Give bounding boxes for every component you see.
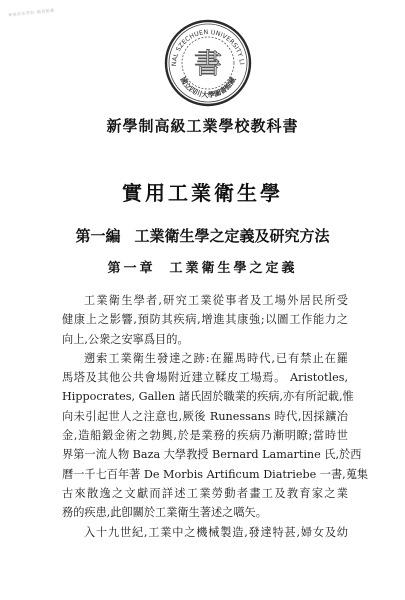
paragraph-2-line-1: 遡索工業衛生發達之跡:在羅馬時代,已有禁止在羅 <box>62 349 348 368</box>
paragraph-2-line-2: 馬塔及其他公共會場附近建立鞣皮工場焉。 Aristotles, <box>62 368 348 387</box>
book-title: 實用工業衛生學 <box>0 177 405 206</box>
paragraph-1-line-1: 工業衛生學者,研究工業從事者及工場外居民所受 <box>62 291 348 310</box>
paragraph-2-line-7: 曆一千七百年著 De Morbis Artificum Diatriebe 一書… <box>62 465 348 484</box>
paragraph-3-line-1: 入十九世紀,工業中之機械製造,發達特甚,婦女及幼 <box>62 523 348 542</box>
seal-icon: NATIONAL SZECHUEN UNIVERSITY LIBRARY 國立四… <box>160 18 256 108</box>
part-title-text: 工業衛生學之定義及研究方法 <box>135 227 330 245</box>
paragraph-2-line-9: 務的疾患,此卽關於工業衛生著述之嚆矢。 <box>62 503 348 522</box>
paragraph-2-line-6: 界第一流人物 Baza 大學教授 Bernard Lamartine 氏,於西 <box>62 445 348 464</box>
chapter-title-text: 工業衛生學之定義 <box>170 261 298 276</box>
paragraph-2-line-3: Hippocrates, Gallen 諸氏固於職業的疾病,亦有所記載,惟 <box>62 387 348 406</box>
body-text: 工業衛生學者,研究工業從事者及工場外居民所受 健康上之影響,預防其疾病,增進其康… <box>62 291 348 542</box>
chapter-heading: 第一章工業衛生學之定義 <box>0 257 405 276</box>
paragraph-2-line-5: 金,造船鍛金術之勃興,於是業務的疾病乃漸明瞭;當時世 <box>62 426 348 445</box>
svg-text:書: 書 <box>194 47 222 80</box>
library-watermark: 華東政法學院 圖書館藏 <box>8 8 55 19</box>
paragraph-2-line-4: 向未引起世人之注意也,厥後 Runessans 時代,因採鑛冶 <box>62 407 348 426</box>
paragraph-1-line-2: 健康上之影響,預防其疾病,增進其康強;以圖工作能力之 <box>62 310 348 329</box>
library-seal-stamp: NATIONAL SZECHUEN UNIVERSITY LIBRARY 國立四… <box>160 18 256 108</box>
paragraph-2-line-8: 古來散逸之文獻而詳述工業勞動者畫工及教育家之業 <box>62 484 348 503</box>
part-heading: 第一編工業衛生學之定義及研究方法 <box>0 225 405 246</box>
part-number: 第一編 <box>75 227 120 245</box>
series-title: 新學制高級工業學校教科書 <box>0 115 405 136</box>
chapter-number: 第一章 <box>107 261 155 276</box>
paragraph-1-line-3: 向上,公衆之安寧爲目的。 <box>62 330 348 349</box>
